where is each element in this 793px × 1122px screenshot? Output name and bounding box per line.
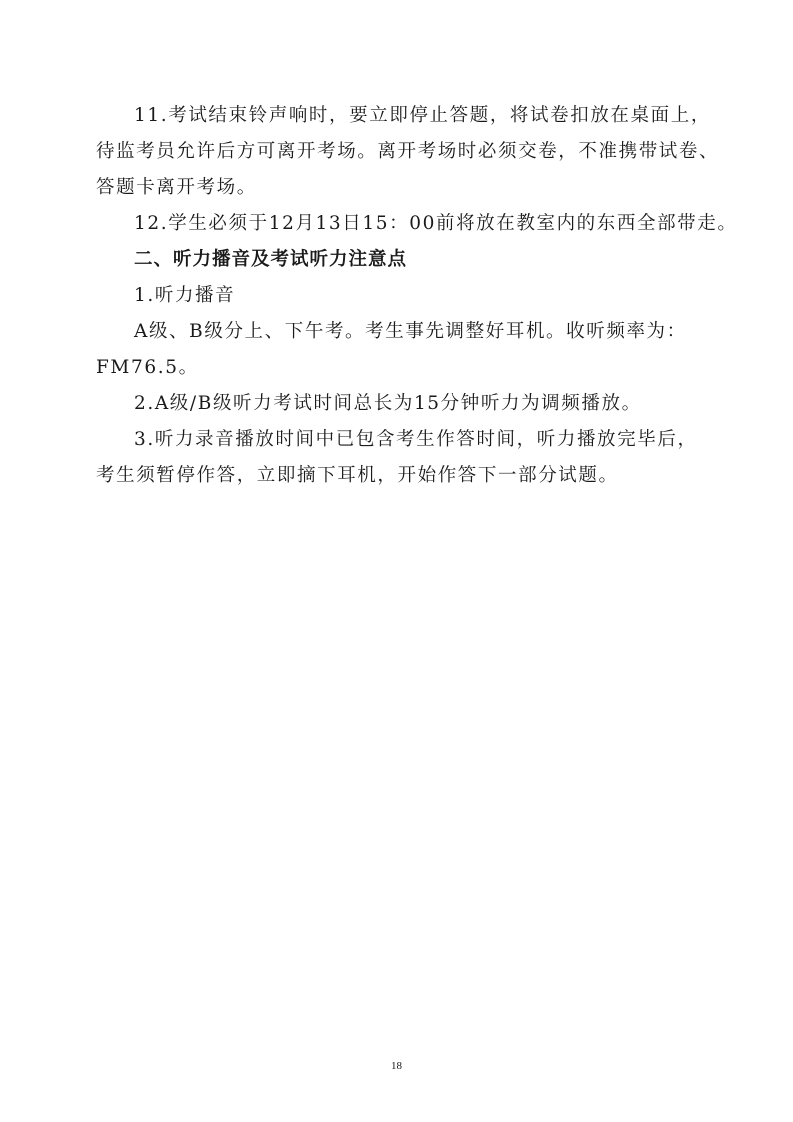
paragraph-line: 3.听力录音播放时间中已包含考生作答时间，听力播放完毕后， bbox=[134, 428, 698, 452]
paragraph-line: 12.学生必须于12月13日15：00前将放在教室内的东西全部带走。 bbox=[134, 212, 738, 236]
paragraph-line: 答题卡离开考场。 bbox=[96, 176, 257, 200]
paragraph-line: 2.A级/B级听力考试时间总长为15分钟听力为调频播放。 bbox=[134, 392, 642, 416]
paragraph-line: FM76.5。 bbox=[96, 356, 199, 380]
paragraph-line: A级、B级分上、下午考。考生事先调整好耳机。收听频率为： bbox=[134, 320, 687, 344]
document-page: 11.考试结束铃声响时，要立即停止答题，将试卷扣放在桌面上， 待监考员允许后方可… bbox=[0, 0, 793, 1122]
section-heading: 二、听力播音及考试听力注意点 bbox=[134, 248, 407, 272]
subsection-title: 1.听力播音 bbox=[134, 284, 235, 308]
paragraph-line: 待监考员允许后方可离开考场。离开考场时必须交卷，不准携带试卷、 bbox=[96, 140, 719, 164]
page-number: 18 bbox=[0, 1060, 793, 1072]
paragraph-line: 11.考试结束铃声响时，要立即停止答题，将试卷扣放在桌面上， bbox=[134, 104, 711, 128]
paragraph-line: 考生须暂停作答，立即摘下耳机，开始作答下一部分试题。 bbox=[96, 464, 619, 488]
